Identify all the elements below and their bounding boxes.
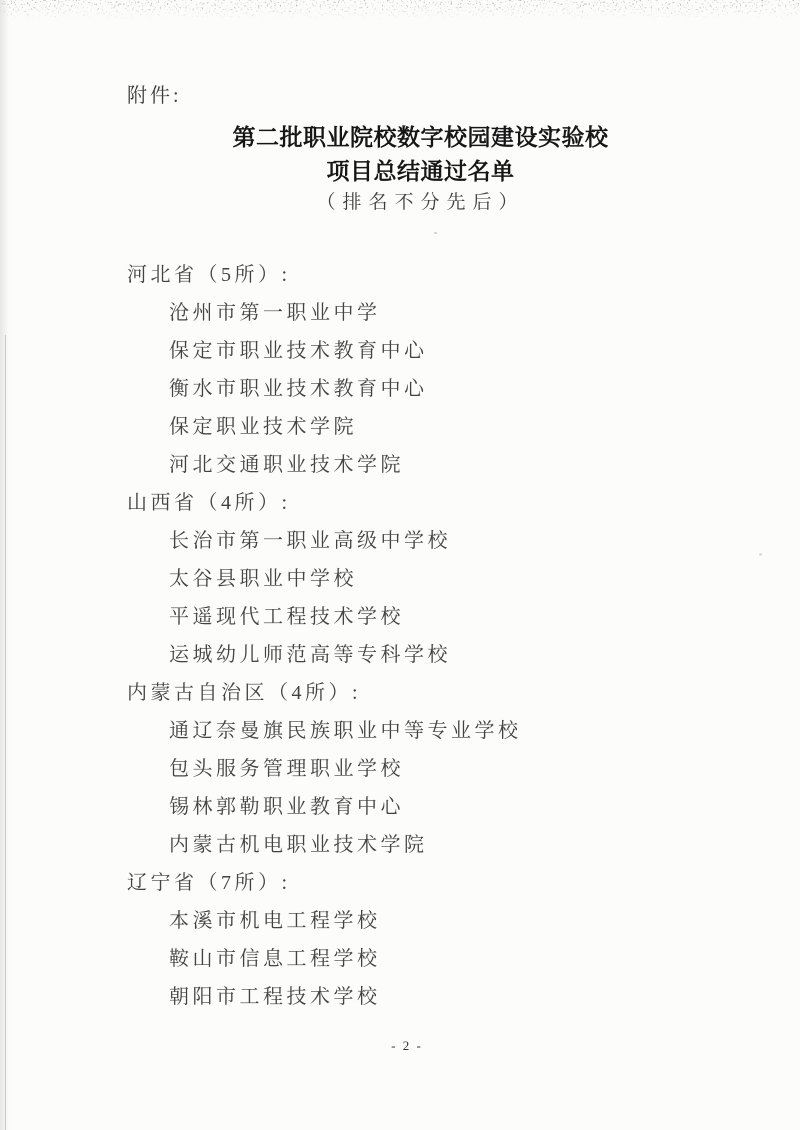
province-header: 山西省（4所）: — [127, 484, 770, 522]
province-section: 辽宁省（7所）:本溪市机电工程学校鞍山市信息工程学校朝阳市工程技术学校 — [127, 864, 770, 1016]
school-item: 平遥现代工程技术学校 — [127, 598, 770, 636]
province-header: 河北省（5所）: — [127, 256, 770, 294]
document-title-line2: 项目总结通过名单 — [127, 160, 714, 183]
school-item: 本溪市机电工程学校 — [127, 902, 770, 940]
school-item: 衡水市职业技术教育中心 — [127, 370, 770, 408]
school-item: 保定市职业技术教育中心 — [127, 332, 770, 370]
school-item: 太谷县职业中学校 — [127, 560, 770, 598]
province-header: 内蒙古自治区（4所）: — [127, 674, 770, 712]
document-page: 附件: 第二批职业院校数字校园建设实验校 项目总结通过名单 （排名不分先后） 河… — [0, 0, 800, 1130]
school-item: 包头服务管理职业学校 — [127, 750, 770, 788]
scan-noise-artifact — [0, 0, 800, 20]
attachment-label: 附件: — [127, 86, 182, 106]
school-item: 运城幼儿师范高等专科学校 — [127, 636, 770, 674]
school-item: 通辽奈曼旗民族职业中等专业学校 — [127, 712, 770, 750]
province-section: 山西省（4所）:长治市第一职业高级中学校太谷县职业中学校平遥现代工程技术学校运城… — [127, 484, 770, 674]
school-item: 长治市第一职业高级中学校 — [127, 522, 770, 560]
scan-edge-line — [5, 335, 6, 1130]
province-section: 河北省（5所）:沧州市第一职业中学保定市职业技术教育中心衡水市职业技术教育中心保… — [127, 256, 770, 484]
school-item: 保定职业技术学院 — [127, 408, 770, 446]
scan-speck — [434, 232, 437, 234]
school-item: 内蒙古机电职业技术学院 — [127, 826, 770, 864]
school-list: 河北省（5所）:沧州市第一职业中学保定市职业技术教育中心衡水市职业技术教育中心保… — [127, 256, 770, 1016]
school-item: 沧州市第一职业中学 — [127, 294, 770, 332]
document-subtitle: （排名不分先后） — [127, 193, 714, 212]
province-section: 内蒙古自治区（4所）:通辽奈曼旗民族职业中等专业学校包头服务管理职业学校锡林郭勒… — [127, 674, 770, 864]
document-title-line1: 第二批职业院校数字校园建设实验校 — [127, 126, 714, 149]
page-number: - 2 - — [0, 1039, 800, 1052]
province-header: 辽宁省（7所）: — [127, 864, 770, 902]
school-item: 鞍山市信息工程学校 — [127, 940, 770, 978]
school-item: 锡林郭勒职业教育中心 — [127, 788, 770, 826]
school-item: 河北交通职业技术学院 — [127, 446, 770, 484]
school-item: 朝阳市工程技术学校 — [127, 978, 770, 1016]
